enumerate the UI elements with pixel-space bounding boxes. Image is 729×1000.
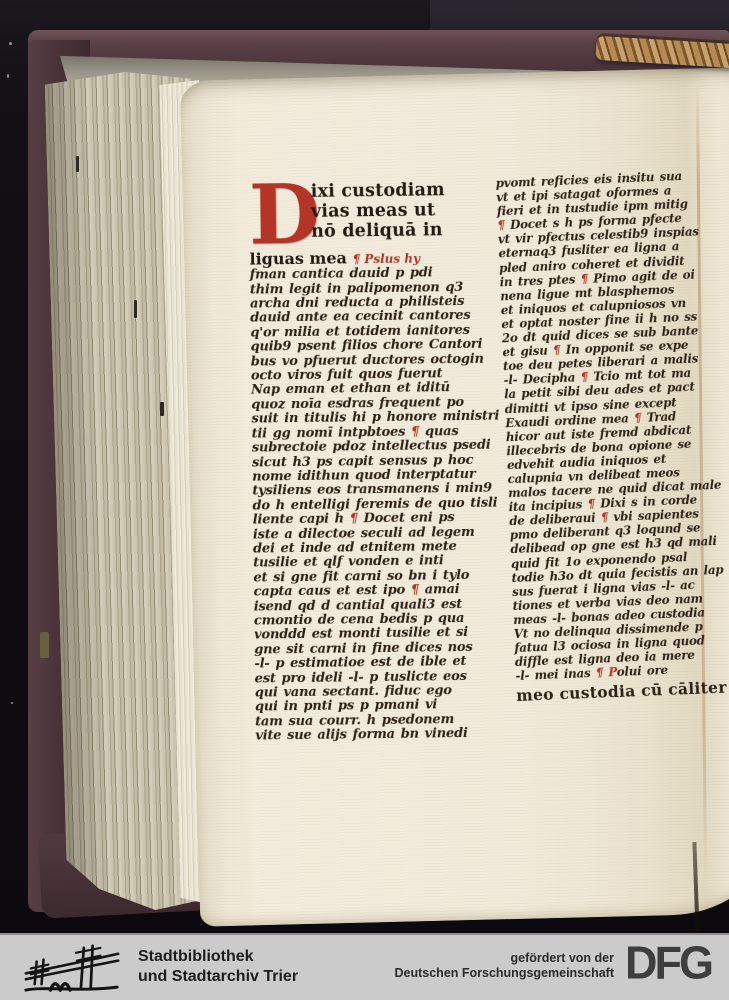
library-name: Stadtbibliothek und Stadtarchiv Trier [138, 947, 298, 987]
fore-edge-mark [134, 300, 137, 318]
clasp-remnant [40, 632, 49, 658]
column1-body: fman cantica dauid p pdithim legit in pa… [250, 266, 512, 744]
funding-credit: gefördert von der Deutschen Forschungsge… [370, 951, 614, 981]
fore-edge-mark [160, 402, 164, 416]
fore-edge-mark [76, 156, 79, 172]
dust-speck [11, 702, 13, 704]
text-column-right: pvomt reficies eis insitu suavt et ipi s… [495, 168, 728, 706]
dust-speck [9, 42, 12, 45]
library-name-line1: Stadtbibliothek [138, 947, 298, 967]
dfg-logo: DFG [625, 940, 725, 986]
stadtbibliothek-trier-logo [22, 941, 122, 995]
column2-body: pvomt reficies eis insitu suavt et ipi s… [495, 168, 727, 683]
library-name-line2: und Stadtarchiv Trier [138, 967, 298, 987]
funding-line2: Deutschen Forschungsgemeinschaft [370, 966, 614, 981]
funding-line1: gefördert von der [370, 951, 614, 966]
incipit-line: nō deliquā in [249, 219, 505, 242]
text-column-left: D ixi custodiam vias meas ut nō deliquā … [249, 179, 512, 744]
dust-speck [7, 74, 9, 78]
